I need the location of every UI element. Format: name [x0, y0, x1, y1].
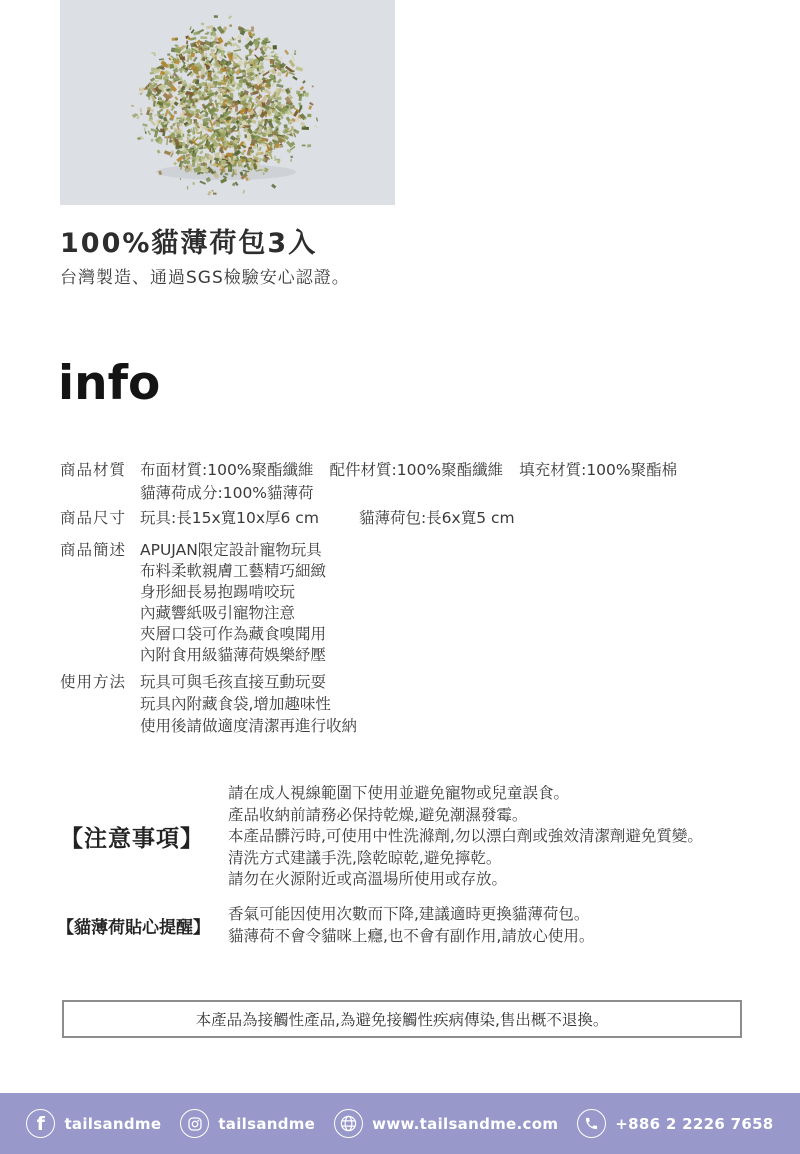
facebook-label: tailsandme: [64, 1115, 161, 1133]
material-fabric: 布面材質:100%聚酯纖維: [140, 459, 314, 482]
info-heading: info: [58, 360, 800, 407]
spec-row-materials: 商品材質 布面材質:100%聚酯纖維 配件材質:100%聚酯纖維 填充材質:10…: [60, 459, 800, 505]
notice-label: 【注意事項】: [60, 820, 228, 853]
materials-line-2: 貓薄荷成分:100%貓薄荷: [140, 482, 677, 505]
spec-label-usage: 使用方法: [60, 671, 140, 737]
phone-label: +886 2 2226 7658: [615, 1115, 773, 1133]
instagram-icon: [180, 1109, 209, 1138]
reminder-lines: 香氣可能因使用次數而下降,建議適時更換貓薄荷包。 貓薄荷不會令貓咪上癮,也不會有…: [228, 903, 594, 948]
usage-line: 使用後請做適度清潔再進行收納: [140, 715, 357, 737]
website-link[interactable]: www.tailsandme.com: [334, 1109, 558, 1138]
footer: f tailsandme tailsandme: [0, 1093, 800, 1154]
notice-section: 【注意事項】 請在成人視線範圍下使用並避免寵物或兒童誤食。 產品收納前請務必保持…: [60, 783, 800, 891]
globe-icon: [334, 1109, 363, 1138]
dimension-catnip-bag: 貓薄荷包:長6x寬5 cm: [359, 507, 515, 530]
notice-line: 請在成人視線範圍下使用並避免寵物或兒童誤食。: [228, 783, 703, 805]
spec-table: 商品材質 布面材質:100%聚酯纖維 配件材質:100%聚酯纖維 填充材質:10…: [60, 459, 800, 737]
reminder-line: 貓薄荷不會令貓咪上癮,也不會有副作用,請放心使用。: [228, 925, 594, 948]
spec-label-dimensions: 商品尺寸: [60, 507, 140, 530]
spec-label-description: 商品簡述: [60, 540, 140, 666]
spec-value-description: APUJAN限定設計寵物玩具 布料柔軟親膚工藝精巧細緻 身形細長易抱踢啃咬玩 內…: [140, 540, 326, 666]
notice-line: 清洗方式建議手洗,陰乾晾乾,避免擰乾。: [228, 848, 703, 870]
material-accessory: 配件材質:100%聚酯纖維: [330, 459, 504, 482]
notice-line: 本產品髒污時,可使用中性洗滌劑,勿以漂白劑或強效清潔劑避免質變。: [228, 826, 703, 848]
description-line: 布料柔軟親膚工藝精巧細緻: [140, 561, 326, 582]
spec-value-usage: 玩具可與毛孩直接互動玩耍 玩具內附藏食袋,增加趣味性 使用後請做適度清潔再進行收…: [140, 671, 357, 737]
description-line: 身形細長易抱踢啃咬玩: [140, 582, 326, 603]
spec-label-materials: 商品材質: [60, 459, 140, 505]
spec-row-description: 商品簡述 APUJAN限定設計寵物玩具 布料柔軟親膚工藝精巧細緻 身形細長易抱踢…: [60, 540, 800, 666]
spec-row-usage: 使用方法 玩具可與毛孩直接互動玩耍 玩具內附藏食袋,增加趣味性 使用後請做適度清…: [60, 671, 800, 737]
notice-line: 請勿在火源附近或高溫場所使用或存放。: [228, 869, 703, 891]
description-line: 內附食用級貓薄荷娛樂紓壓: [140, 645, 326, 666]
dimension-toy: 玩具:長15x寬10x厚6 cm: [140, 507, 319, 530]
usage-line: 玩具內附藏食袋,增加趣味性: [140, 693, 357, 715]
notice-line: 產品收納前請務必保持乾燥,避免潮濕發霉。: [228, 805, 703, 827]
return-policy-text: 本產品為接觸性產品,為避免接觸性疾病傳染,售出概不退換。: [196, 1008, 609, 1030]
product-image: [60, 0, 395, 205]
facebook-link[interactable]: f tailsandme: [26, 1109, 161, 1138]
facebook-icon: f: [26, 1109, 55, 1138]
phone-icon: [577, 1109, 606, 1138]
description-line: APUJAN限定設計寵物玩具: [140, 540, 326, 561]
catnip-pile-image: [60, 0, 395, 205]
reminder-line: 香氣可能因使用次數而下降,建議適時更換貓薄荷包。: [228, 903, 594, 926]
instagram-link[interactable]: tailsandme: [180, 1109, 315, 1138]
product-subtitle: 台灣製造、通過SGS檢驗安心認證。: [60, 266, 800, 290]
spec-value-dimensions: 玩具:長15x寬10x厚6 cm 貓薄荷包:長6x寬5 cm: [140, 507, 515, 530]
reminder-section: 【貓薄荷貼心提醒】 香氣可能因使用次數而下降,建議適時更換貓薄荷包。 貓薄荷不會…: [57, 903, 800, 948]
reminder-label: 【貓薄荷貼心提醒】: [57, 913, 228, 938]
phone-link[interactable]: +886 2 2226 7658: [577, 1109, 773, 1138]
material-filling: 填充材質:100%聚酯棉: [519, 459, 677, 482]
return-policy-box: 本產品為接觸性產品,為避免接觸性疾病傳染,售出概不退換。: [62, 1000, 742, 1038]
spec-row-dimensions: 商品尺寸 玩具:長15x寬10x厚6 cm 貓薄荷包:長6x寬5 cm: [60, 507, 800, 530]
notice-lines: 請在成人視線範圍下使用並避免寵物或兒童誤食。 產品收納前請務必保持乾燥,避免潮濕…: [228, 783, 703, 891]
materials-line-1: 布面材質:100%聚酯纖維 配件材質:100%聚酯纖維 填充材質:100%聚酯棉: [140, 459, 677, 482]
instagram-label: tailsandme: [218, 1115, 315, 1133]
description-line: 夾層口袋可作為藏食嗅聞用: [140, 624, 326, 645]
spec-value-materials: 布面材質:100%聚酯纖維 配件材質:100%聚酯纖維 填充材質:100%聚酯棉…: [140, 459, 677, 505]
website-label: www.tailsandme.com: [372, 1115, 558, 1133]
product-title: 100%貓薄荷包3入: [60, 227, 800, 261]
product-info-page: 100%貓薄荷包3入 台灣製造、通過SGS檢驗安心認證。 info 商品材質 布…: [0, 0, 800, 1154]
description-line: 內藏響紙吸引寵物注意: [140, 603, 326, 624]
usage-line: 玩具可與毛孩直接互動玩耍: [140, 671, 357, 693]
